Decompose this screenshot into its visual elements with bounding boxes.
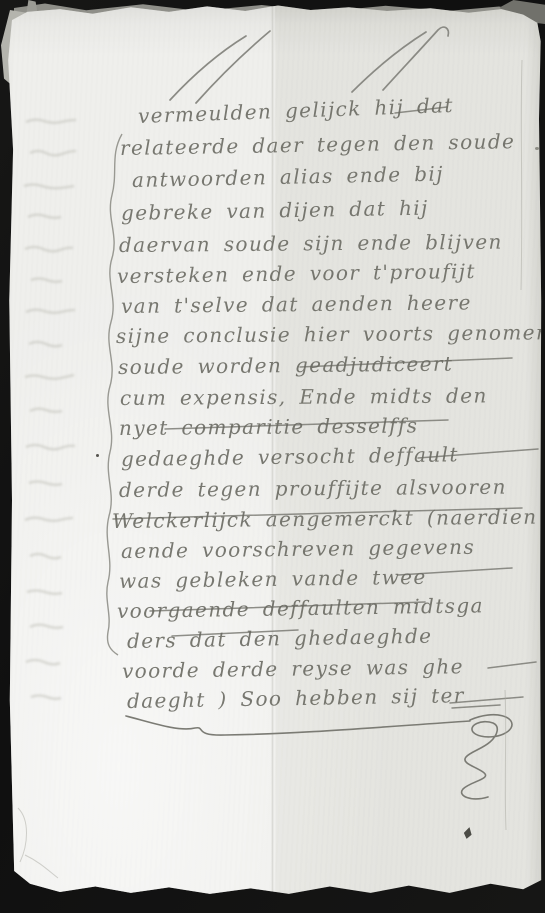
- margin-showthrough-marks: [24, 120, 76, 699]
- manuscript-line-9: soude worden geadjudiceert: [118, 351, 454, 379]
- manuscript-line-13: derde tegen prouffijte alsvooren: [119, 475, 507, 502]
- manuscript-line-5: daervan soude sijn ende blijven: [119, 230, 503, 257]
- manuscript-line-14: Welckerlijck aengemerckt (naerdien: [112, 505, 538, 533]
- manuscript-line-10: cum expensis, Ende midts den: [120, 383, 488, 410]
- ink-speck: [96, 454, 99, 457]
- top-slash-marks: [170, 27, 448, 103]
- manuscript-line-11: nyet comparitie desselffs: [119, 413, 419, 440]
- manuscript-line-12: gedaeghde versocht deffault: [121, 442, 459, 471]
- manuscript-line-15: aende voorschreven gegevens: [121, 535, 475, 563]
- scan-background: vermeulden gelijck hij dat relateerde da…: [0, 0, 545, 913]
- closing-rule: [126, 716, 470, 735]
- manuscript-line-8: sijne conclusie hier voorts genomen: [116, 320, 545, 348]
- manuscript-line-7: van t'selve dat aenden heere: [121, 290, 472, 318]
- manuscript-line-6: versteken ende voor t'proufijt: [117, 259, 476, 288]
- manuscript-page: vermeulden gelijck hij dat relateerde da…: [0, 0, 545, 913]
- closing-flourish: [126, 715, 512, 799]
- manuscript-line-19: voorde derde reyse was ghe: [122, 654, 464, 683]
- ink-dot: [535, 147, 539, 150]
- paraph-flourish: [462, 715, 512, 799]
- manuscript-line-16: was gebleken vande twee: [119, 565, 427, 593]
